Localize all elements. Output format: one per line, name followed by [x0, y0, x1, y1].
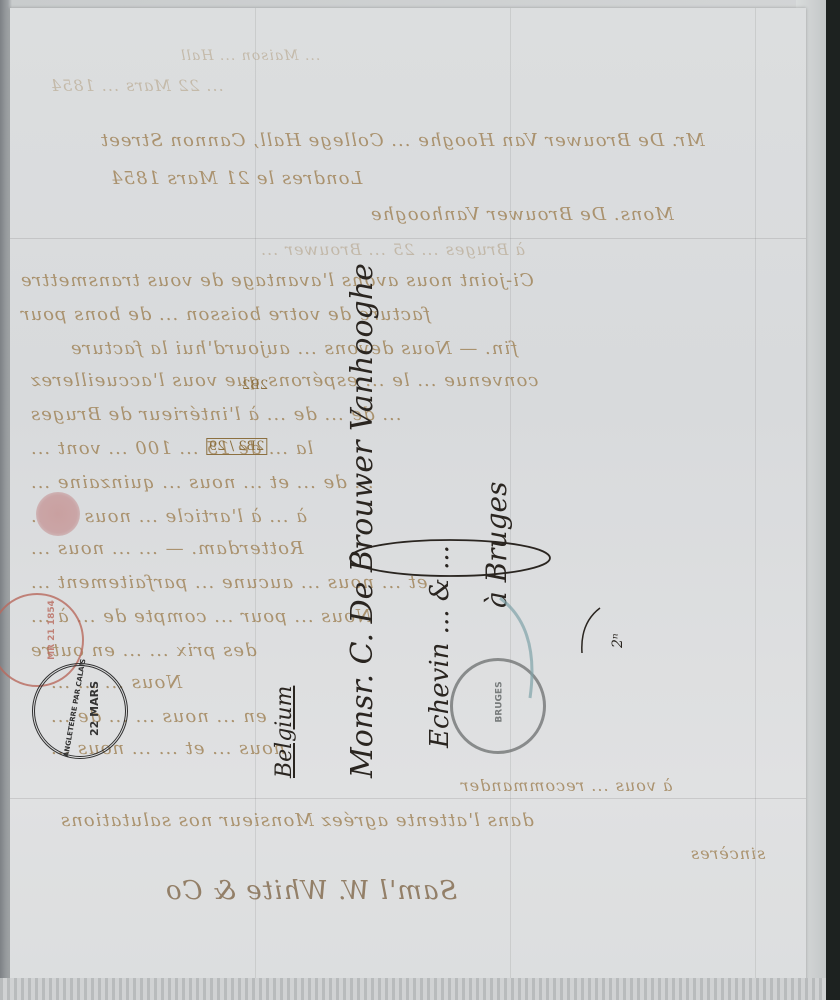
- bleed-line: ... Maison ... Hall: [180, 48, 320, 64]
- fold-line: [10, 238, 806, 239]
- address-line-1: Monsr. C. De Brouwer Vanhooghe: [345, 263, 380, 778]
- bleed-line: à vous ... recommander: [460, 776, 673, 795]
- address-country: Belgium: [272, 686, 297, 778]
- rate-mark-boxed: 2B2 / 29: [206, 438, 267, 455]
- address-flourish: [340, 528, 560, 588]
- bleed-line: Mr. De Brouwer Van Hooghe ... College Ha…: [100, 130, 705, 151]
- rate-mark-right: 2ⁿ: [610, 633, 626, 648]
- fold-line: [10, 798, 806, 799]
- bleed-line: convenue ... le ... espérons que vous l'…: [30, 370, 538, 391]
- bleed-line: Rotterdam. — ... ... nous ...: [30, 538, 304, 559]
- angleterre-par-calais-postmark: ANGLETERRE PAR CALAIS 22 MARS: [32, 663, 128, 759]
- bleed-line: fin. — Nous devons ... aujourd'hui la fa…: [70, 338, 518, 359]
- bleed-line: Londres le 21 Mars 1854: [110, 168, 362, 189]
- sleeve-dark-edge: [826, 0, 840, 1000]
- fold-line: [255, 8, 256, 983]
- blue-cancel-mark: [490, 588, 570, 708]
- bleed-line: sincères: [690, 844, 765, 863]
- signature: Sam'l W. White & Co: [165, 876, 457, 906]
- bleed-line: dans l'attente agréez Monsieur nos salut…: [60, 810, 534, 831]
- bleed-line: Mons. De Brouwer Vanhooghe: [370, 204, 674, 225]
- bleed-line: ... de ... et ... nous ... quinzaine ...: [30, 472, 374, 493]
- rate-mark: 2B2: [242, 378, 268, 393]
- fold-line: [755, 8, 756, 983]
- wax-seal-trace: [36, 492, 80, 536]
- bleed-line: la ... de 15 ... 100 ... vont ...: [30, 438, 313, 459]
- bleed-line: Ci-joint nous avons l'avantage de vous t…: [20, 270, 534, 291]
- bleed-line: ... 22 Mars ... 1854: [50, 76, 224, 95]
- folded-letter: ... Maison ... Hall ... 22 Mars ... 1854…: [10, 8, 806, 983]
- sleeve-ribbed-bottom: [0, 978, 826, 1000]
- bleed-line: à Bruges ... 25 ... Brouwer ...: [260, 240, 525, 259]
